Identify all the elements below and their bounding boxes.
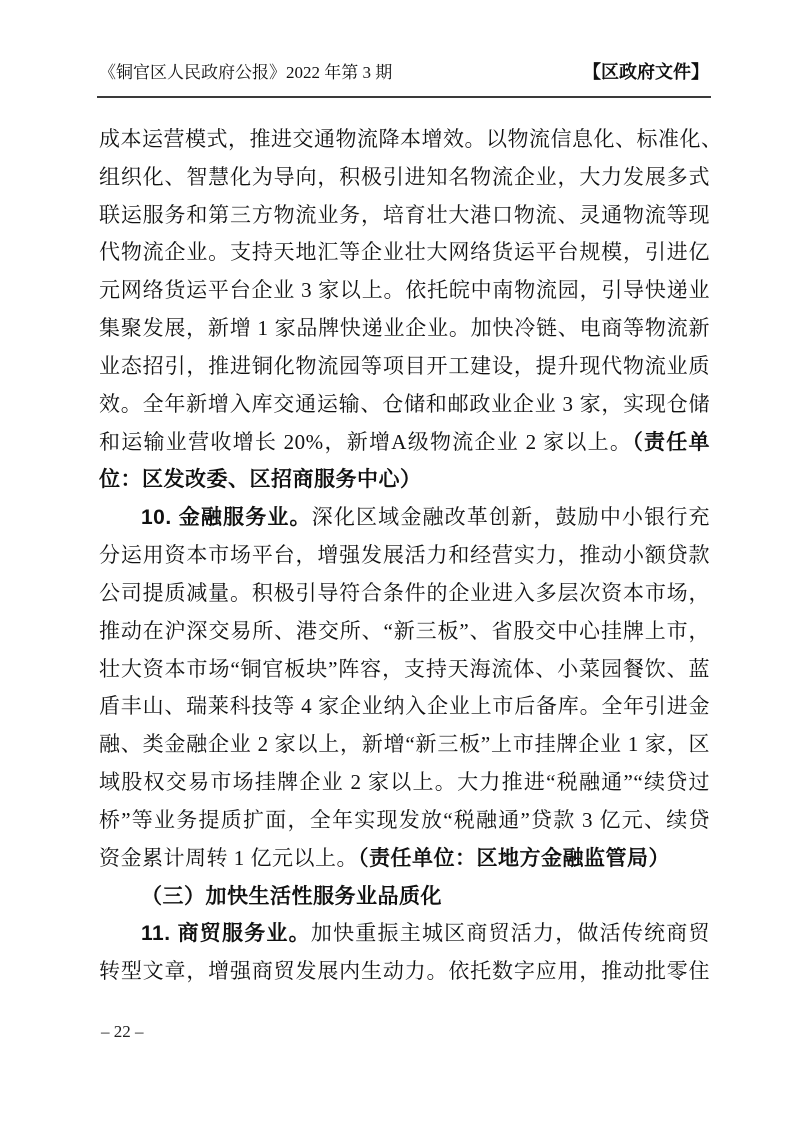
text-line: 业态招引，推进铜化物流园等项目开工建设，提升现代物流业质 (99, 348, 710, 386)
body-text: 盾丰山、瑞莱科技等 4 家企业纳入企业上市后备库。全年引进金 (99, 694, 710, 718)
body-text: 公司提质减量。积极引导符合条件的企业进入多层次资本市场， (99, 581, 710, 605)
text-line: 元网络货运平台企业 3 家以上。依托皖中南物流园，引导快递业 (99, 272, 710, 310)
emphasis-text: （责任单 (632, 431, 710, 454)
emphasis-text: 10. 金融服务业。 (141, 506, 312, 529)
body-text: 桥”等业务提质扩面，全年实现发放“税融通”贷款 3 亿元、续贷 (99, 808, 710, 832)
text-line: 联运服务和第三方物流业务，培育壮大港口物流、灵通物流等现 (99, 197, 710, 235)
text-line: 效。全年新增入库交通运输、仓储和邮政业企业 3 家，实现仓储 (99, 386, 710, 424)
body-text: 壮大资本市场“铜官板块”阵容，支持天海流体、小菜园餐饮、蓝 (99, 657, 710, 681)
text-line: 组织化、智慧化为导向，积极引进知名物流企业，大力发展多式 (99, 159, 710, 197)
text-line: 分运用资本市场平台，增强发展活力和经营实力，推动小额贷款 (99, 537, 710, 575)
body-text: 域股权交易市场挂牌企业 2 家以上。大力推进“税融通”“续贷过 (99, 770, 710, 794)
body-text: 代物流企业。支持天地汇等企业壮大网络货运平台规模，引进亿 (99, 240, 710, 264)
body-text: 转型文章，增强商贸发展内生动力。依托数字应用，推动批零住 (99, 959, 710, 983)
text-line: 盾丰山、瑞莱科技等 4 家企业纳入企业上市后备库。全年引进金 (99, 688, 710, 726)
text-line: 融、类金融企业 2 家以上，新增“新三板”上市挂牌企业 1 家，区 (99, 726, 710, 764)
document-category-label: 【区政府文件】 (583, 58, 709, 86)
text-line: 位：区发改委、区招商服务中心） (99, 461, 710, 499)
text-line: 成本运营模式，推进交通物流降本增效。以物流信息化、标准化、 (99, 121, 710, 159)
body-text: 加快重振主城区商贸活力，做活传统商贸 (311, 921, 710, 945)
text-line: 10. 金融服务业。深化区域金融改革创新，鼓励中小银行充 (99, 499, 710, 537)
emphasis-text: 11. 商贸服务业。 (141, 922, 311, 945)
emphasis-text: （三）加快生活性服务业品质化 (141, 885, 442, 908)
text-line: 桥”等业务提质扩面，全年实现发放“税融通”贷款 3 亿元、续贷 (99, 802, 710, 840)
body-text: 深化区域金融改革创新，鼓励中小银行充 (312, 505, 710, 529)
text-line: 11. 商贸服务业。加快重振主城区商贸活力，做活传统商贸 (99, 915, 710, 953)
text-line: 壮大资本市场“铜官板块”阵容，支持天海流体、小菜园餐饮、蓝 (99, 651, 710, 689)
body-text: 成本运营模式，推进交通物流降本增效。以物流信息化、标准化、 (99, 127, 710, 151)
body-text: 资金累计周转 1 亿元以上。 (99, 846, 358, 870)
body-text: 融、类金融企业 2 家以上，新增“新三板”上市挂牌企业 1 家，区 (99, 732, 710, 756)
body-text: 业态招引，推进铜化物流园等项目开工建设，提升现代物流业质 (99, 354, 710, 378)
text-line: 集聚发展，新增 1 家品牌快递业企业。加快冷链、电商等物流新 (99, 310, 710, 348)
text-line: 推动在沪深交易所、港交所、“新三板”、省股交中心挂牌上市， (99, 613, 710, 651)
text-line: 代物流企业。支持天地汇等企业壮大网络货运平台规模，引进亿 (99, 234, 710, 272)
page-footer: – 22 – (101, 1021, 144, 1043)
page-number: – 22 – (101, 1022, 144, 1041)
text-line: （三）加快生活性服务业品质化 (99, 878, 710, 916)
emphasis-text: 位：区发改委、区招商服务中心） (99, 468, 422, 491)
text-line: 公司提质减量。积极引导符合条件的企业进入多层次资本市场， (99, 575, 710, 613)
header-divider (97, 96, 711, 98)
document-page: 《铜官区人民政府公报》2022 年第 3 期 【区政府文件】 成本运营模式，推进… (0, 0, 793, 1122)
gazette-title: 《铜官区人民政府公报》2022 年第 3 期 (99, 59, 392, 87)
body-text: 联运服务和第三方物流业务，培育壮大港口物流、灵通物流等现 (99, 203, 710, 227)
text-line: 资金累计周转 1 亿元以上。（责任单位：区地方金融监管局） (99, 840, 710, 878)
body-text: 集聚发展，新增 1 家品牌快递业企业。加快冷链、电商等物流新 (99, 316, 710, 340)
text-line: 和运输业营收增长 20%，新增A级物流企业 2 家以上。（责任单 (99, 424, 710, 462)
body-text: 推动在沪深交易所、港交所、“新三板”、省股交中心挂牌上市， (99, 619, 710, 643)
body-text: 元网络货运平台企业 3 家以上。依托皖中南物流园，引导快递业 (99, 278, 710, 302)
text-line: 域股权交易市场挂牌企业 2 家以上。大力推进“税融通”“续贷过 (99, 764, 710, 802)
body-text: 分运用资本市场平台，增强发展活力和经营实力，推动小额贷款 (99, 543, 710, 567)
page-header: 《铜官区人民政府公报》2022 年第 3 期 【区政府文件】 (99, 58, 709, 87)
body-text: 组织化、智慧化为导向，积极引进知名物流企业，大力发展多式 (99, 165, 710, 189)
document-body: 成本运营模式，推进交通物流降本增效。以物流信息化、标准化、组织化、智慧化为导向，… (99, 121, 710, 991)
emphasis-text: （责任单位：区地方金融监管局） (358, 847, 670, 870)
body-text: 和运输业营收增长 20%，新增A级物流企业 2 家以上。 (99, 430, 632, 454)
text-line: 转型文章，增强商贸发展内生动力。依托数字应用，推动批零住 (99, 953, 710, 991)
body-text: 效。全年新增入库交通运输、仓储和邮政业企业 3 家，实现仓储 (99, 392, 710, 416)
